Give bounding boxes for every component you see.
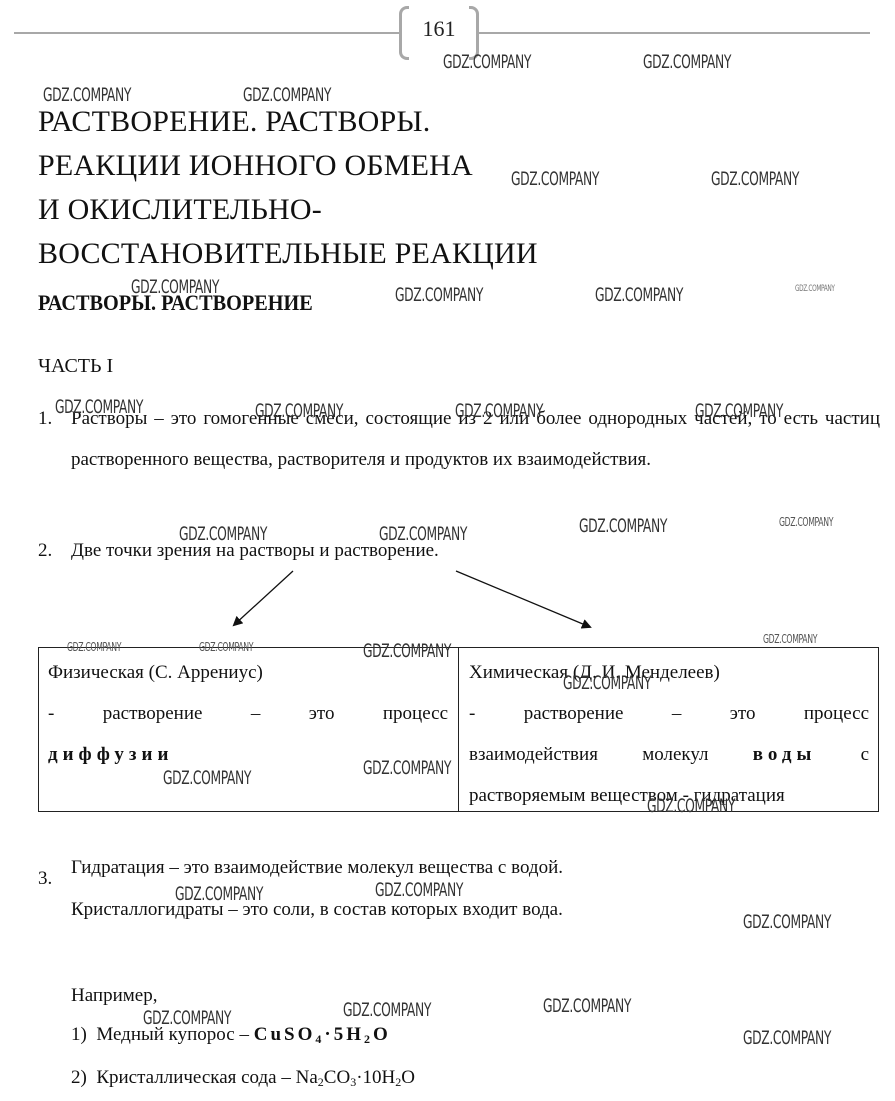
watermark: GDZ.COMPANY bbox=[743, 1027, 831, 1049]
watermark: GDZ.COMPANY bbox=[255, 400, 343, 422]
example-item-2: 2) Кристаллическая сода – Na2CO3·10H2O bbox=[71, 1067, 415, 1089]
formula: CuSO4·5H2O bbox=[254, 1024, 391, 1045]
watermark: GDZ.COMPANY bbox=[379, 523, 467, 545]
examples-intro: Например, bbox=[71, 985, 157, 1007]
watermark: GDZ.COMPANY bbox=[455, 400, 543, 422]
watermark: GDZ.COMPANY bbox=[643, 51, 731, 73]
word: - bbox=[48, 693, 54, 734]
watermark: GDZ.COMPANY bbox=[375, 879, 463, 901]
watermark: GDZ.COMPANY bbox=[43, 84, 131, 106]
table-cell-chemical: Химическая (Д. И. Менделеев) - растворен… bbox=[469, 652, 869, 816]
word: это bbox=[730, 693, 756, 734]
watermark: GDZ.COMPANY bbox=[763, 632, 817, 646]
chapter-title-line: РЕАКЦИИ ИОННОГО ОБМЕНА bbox=[38, 144, 538, 188]
watermark: GDZ.COMPANY bbox=[743, 911, 831, 933]
page-number: 161 bbox=[399, 16, 479, 42]
watermark: GDZ.COMPANY bbox=[67, 640, 121, 654]
word: это bbox=[309, 693, 335, 734]
arrow-right-icon bbox=[456, 571, 590, 627]
cell-line: взаимодействия молекул воды с bbox=[469, 734, 869, 775]
watermark: GDZ.COMPANY bbox=[143, 1007, 231, 1029]
watermark: GDZ.COMPANY bbox=[647, 795, 735, 817]
watermark: GDZ.COMPANY bbox=[243, 84, 331, 106]
watermark: GDZ.COMPANY bbox=[695, 400, 783, 422]
list-number: 2) bbox=[71, 1067, 87, 1088]
list-number: 3. bbox=[38, 858, 52, 899]
example-label: Кристаллическая сода – bbox=[96, 1067, 295, 1088]
cell-line: - растворение – это процесс bbox=[469, 693, 869, 734]
arrow-left-icon bbox=[234, 571, 293, 625]
watermark: GDZ.COMPANY bbox=[199, 640, 253, 654]
list-text: Кристаллогидраты – это соли, в состав ко… bbox=[71, 900, 738, 920]
cell-bold-term: воды bbox=[753, 734, 817, 775]
header-rule-left bbox=[14, 32, 402, 34]
word: растворение bbox=[103, 693, 203, 734]
word: молекул bbox=[642, 734, 708, 775]
formula: Na2CO3·10H2O bbox=[296, 1067, 415, 1088]
watermark: GDZ.COMPANY bbox=[563, 672, 651, 694]
list-number: 2. bbox=[38, 540, 52, 562]
watermark: GDZ.COMPANY bbox=[511, 168, 599, 190]
table-divider bbox=[458, 648, 459, 811]
watermark: GDZ.COMPANY bbox=[363, 757, 451, 779]
watermark: GDZ.COMPANY bbox=[163, 767, 251, 789]
word: растворение bbox=[524, 693, 624, 734]
watermark: GDZ.COMPANY bbox=[131, 276, 219, 298]
word: процесс bbox=[383, 693, 448, 734]
watermark: GDZ.COMPANY bbox=[443, 51, 531, 73]
watermark: GDZ.COMPANY bbox=[179, 523, 267, 545]
word: - bbox=[469, 693, 475, 734]
watermark: GDZ.COMPANY bbox=[579, 515, 667, 537]
chapter-title-line: ВОССТАНОВИТЕЛЬНЫЕ РЕАКЦИИ bbox=[38, 232, 538, 276]
chapter-title-line: РАСТВОРЕНИЕ. РАСТВОРЫ. bbox=[38, 100, 538, 144]
watermark: GDZ.COMPANY bbox=[343, 999, 431, 1021]
watermark: GDZ.COMPANY bbox=[395, 284, 483, 306]
watermark: GDZ.COMPANY bbox=[711, 168, 799, 190]
part-label: ЧАСТЬ I bbox=[38, 355, 113, 378]
chapter-title: РАСТВОРЕНИЕ. РАСТВОРЫ. РЕАКЦИИ ИОННОГО О… bbox=[38, 100, 538, 276]
list-text: Гидратация – это взаимодействие молекул … bbox=[71, 858, 738, 878]
word: процесс bbox=[804, 693, 869, 734]
watermark: GDZ.COMPANY bbox=[595, 284, 683, 306]
word: – bbox=[672, 693, 682, 734]
watermark: GDZ.COMPANY bbox=[175, 883, 263, 905]
list-number: 1. bbox=[38, 408, 52, 430]
watermark: GDZ.COMPANY bbox=[363, 640, 451, 662]
watermark: GDZ.COMPANY bbox=[779, 515, 833, 529]
cell-line: - растворение – это процесс bbox=[48, 693, 448, 734]
cell-heading: Химическая (Д. И. Менделеев) bbox=[469, 652, 869, 693]
list-number: 1) bbox=[71, 1024, 87, 1045]
watermark: GDZ.COMPANY bbox=[543, 995, 631, 1017]
word: взаимодействия bbox=[469, 734, 598, 775]
header-rule-right bbox=[477, 32, 870, 34]
watermark: GDZ.COMPANY bbox=[55, 396, 143, 418]
watermark: GDZ.COMPANY bbox=[795, 284, 835, 294]
chapter-title-line: И ОКИСЛИТЕЛЬНО- bbox=[38, 188, 538, 232]
word: – bbox=[251, 693, 261, 734]
word: с bbox=[861, 734, 869, 775]
